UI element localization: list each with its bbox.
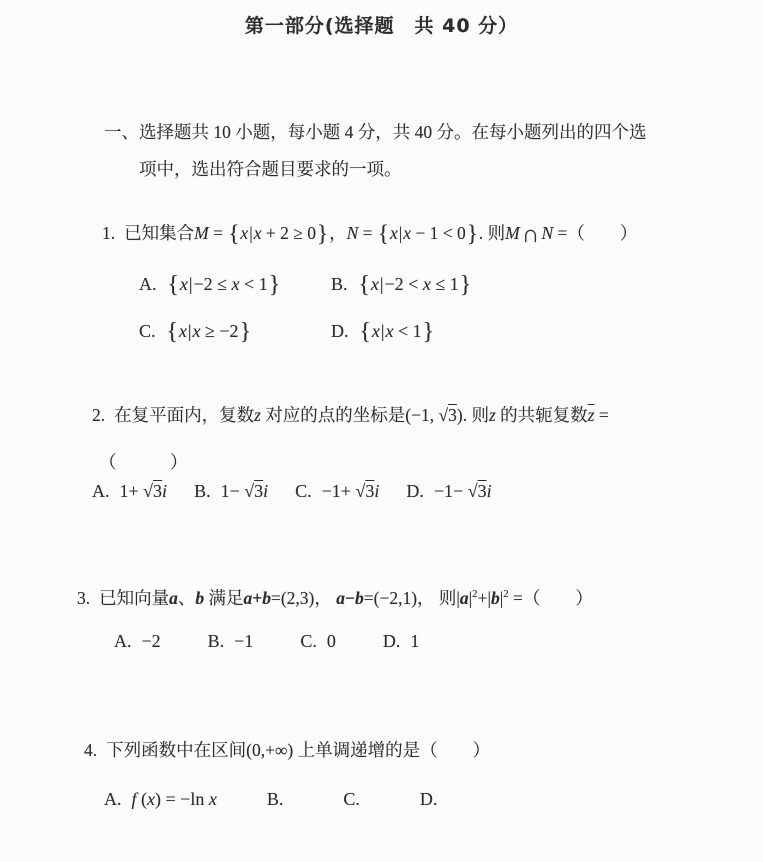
question-3-stem: 3.已知向量a、b 满足a+b=(2,3)， a−b=(−2,1)， 则|a|2… (77, 585, 593, 610)
q1-option-c: C.{x|x ≥ −2} (139, 319, 331, 346)
exam-page: 第一部分(选择题 共 40 分） 一、选择题共 10 小题，每小题 4 分，共 … (0, 0, 763, 862)
question-1-number: 1. (102, 223, 115, 243)
option-label: A. (92, 481, 110, 501)
question-4-options-row: A.f (x) = −ln x B. C. D. (104, 789, 447, 810)
option-label: B. (331, 274, 348, 294)
q1-option-d: D.{x|x < 1} (331, 319, 435, 346)
q2-option-a: A.1+ √3i (92, 481, 167, 502)
question-1-stem: 1.已知集合M = {x|x + 2 ≥ 0}，N = {x|x − 1 < 0… (102, 220, 637, 249)
option-formula: {x|−2 ≤ x < 1} (167, 274, 282, 294)
q1-option-a: A.{x|−2 ≤ x < 1} (139, 272, 331, 299)
question-2-stem: 2.在复平面内，复数z 对应的点的坐标是(−1, √3). 则z 的共轭复数z … (92, 402, 609, 427)
option-formula: {x|x < 1} (359, 321, 436, 341)
question-3-options-row: A.−2 B.−1 C.0 D.1 (114, 631, 419, 652)
question-3-text: 已知向量a、b 满足a+b=(2,3)， a−b=(−2,1)， 则|a|2+|… (99, 588, 593, 608)
option-label: D. (420, 789, 438, 809)
option-label: C. (139, 321, 156, 341)
q4-option-a: A.f (x) = −ln x (104, 789, 217, 810)
question-1-options-row-2: C.{x|x ≥ −2} D.{x|x < 1} (139, 319, 435, 346)
option-label: D. (331, 321, 349, 341)
q3-option-c: C.0 (300, 631, 336, 652)
option-formula: 1 (410, 631, 419, 651)
q3-option-b: B.−1 (208, 631, 254, 652)
option-formula: 0 (327, 631, 336, 651)
option-formula: −1 (234, 631, 253, 651)
option-formula: −1+ √3i (322, 481, 380, 501)
option-label: B. (194, 481, 211, 501)
option-label: B. (208, 631, 225, 651)
q2-option-c: C.−1+ √3i (295, 481, 379, 502)
question-2-number: 2. (92, 405, 105, 425)
question-1-text: 已知集合M = {x|x + 2 ≥ 0}，N = {x|x − 1 < 0}.… (124, 223, 637, 243)
question-1-options-row-1: A.{x|−2 ≤ x < 1} B.{x|−2 < x ≤ 1} (139, 272, 472, 299)
section-intro: 一、选择题共 10 小题，每小题 4 分，共 40 分。在每小题列出的四个选 项… (104, 114, 647, 188)
q1-option-b: B.{x|−2 < x ≤ 1} (331, 272, 472, 299)
q3-option-a: A.−2 (114, 631, 161, 652)
question-4-number: 4. (84, 740, 97, 760)
q2-option-b: B.1− √3i (194, 481, 268, 502)
question-3-number: 3. (77, 588, 90, 608)
question-2-text: 在复平面内，复数z 对应的点的坐标是(−1, √3). 则z 的共轭复数z = (114, 405, 609, 425)
option-label: A. (114, 631, 132, 651)
option-formula: 1+ √3i (120, 481, 168, 501)
question-2-options-row: A.1+ √3i B.1− √3i C.−1+ √3i D.−1− √3i (92, 481, 492, 502)
option-label: D. (406, 481, 424, 501)
page-title: 第一部分(选择题 共 40 分） (0, 11, 763, 38)
section-intro-line-2: 项中，选出符合题目要求的一项。 (139, 151, 647, 188)
question-4-text: 下列函数中在区间(0,+∞) 上单调递增的是（ ） (106, 740, 490, 760)
option-label: C. (295, 481, 312, 501)
option-label: C. (343, 789, 360, 809)
option-label: C. (300, 631, 317, 651)
option-formula: 1− √3i (221, 481, 269, 501)
option-label: D. (383, 631, 401, 651)
q2-option-d: D.−1− √3i (406, 481, 491, 502)
option-formula: −2 (142, 631, 161, 651)
option-label: A. (104, 789, 122, 809)
option-formula: −1− √3i (434, 481, 492, 501)
option-label: B. (267, 789, 284, 809)
option-formula: f (x) = −ln x (132, 789, 217, 809)
option-label: A. (139, 274, 157, 294)
q3-option-d: D.1 (383, 631, 420, 652)
q4-option-d: D. (420, 789, 448, 810)
section-intro-line-1: 一、选择题共 10 小题，每小题 4 分，共 40 分。在每小题列出的四个选 (104, 114, 647, 151)
q4-option-c: C. (343, 789, 370, 810)
question-4-stem: 4.下列函数中在区间(0,+∞) 上单调递增的是（ ） (84, 737, 490, 762)
option-formula: {x|x ≥ −2} (166, 321, 252, 341)
option-formula: {x|−2 < x ≤ 1} (358, 274, 473, 294)
question-2-answer-parentheses: （ ） (99, 449, 206, 474)
q4-option-b: B. (267, 789, 294, 810)
